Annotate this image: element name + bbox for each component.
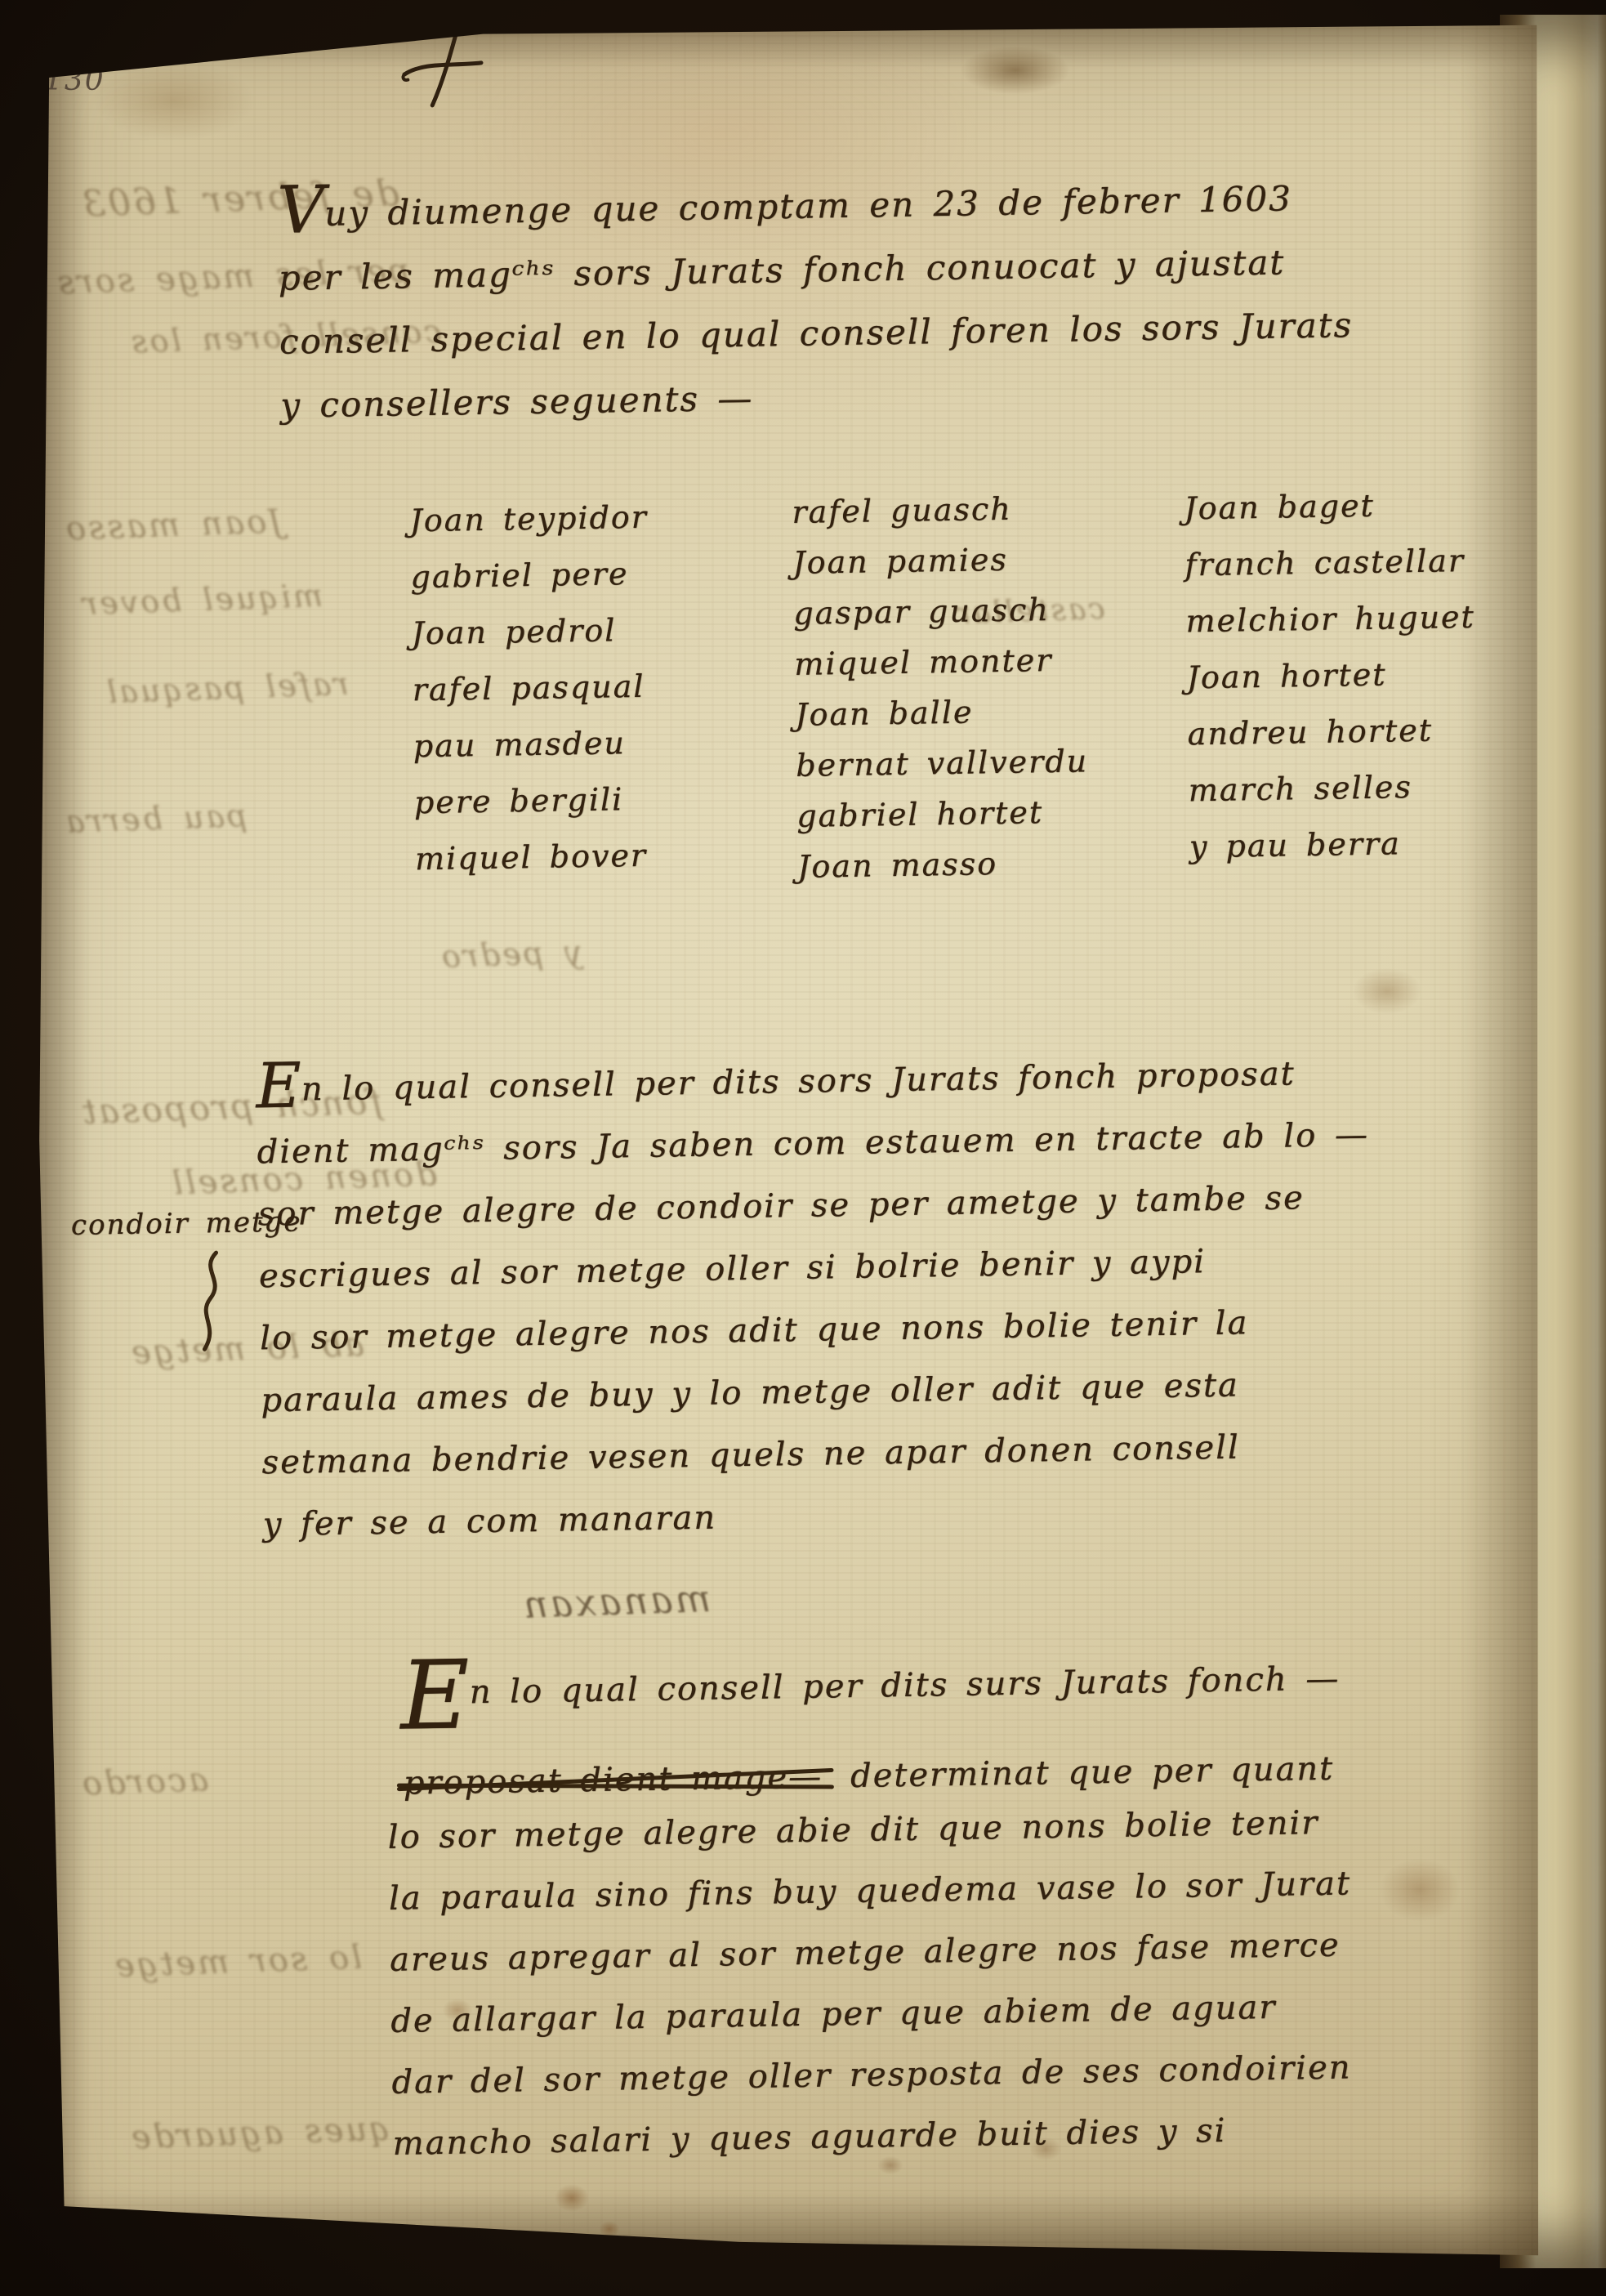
manuscript-page: de febrer 1603 per les mage sors consell… [31,23,1538,2258]
attendee-name: march selles [1188,758,1478,820]
attendee-name: rafel pasqual [412,659,650,719]
photo-background: de febrer 1603 per les mage sors consell… [0,0,1606,2296]
attendee-name: y pau berra [1189,815,1479,876]
attendee-name: Joan hortet [1186,645,1476,707]
attendee-column-3: Joan baget franch castellar melchior hug… [1184,476,1479,876]
attendee-name: Joan pamies [792,533,1086,588]
attendee-name: gabriel pere [410,546,649,606]
text-line-content: n lo qual consell per dits sors Jurats f… [301,1055,1296,1108]
attendee-name: pere bergili [413,771,652,832]
attendee-column-1: Joan teypidor gabriel pere Joan pedrol r… [409,489,654,888]
attendee-name: miquel monter [794,634,1087,690]
text-line-content: uy diumenge que comptam en 23 de febrer … [324,178,1292,234]
initial-capital: V [277,172,325,248]
opening-paragraph: Vuy diumenge que comptam en 23 de febrer… [277,166,1354,438]
attendee-name: gaspar guasch [793,583,1086,639]
resolution-paragraph-body: lo sor metge alegre abie dit que nons bo… [387,1792,1355,2174]
attendee-name: Joan pedrol [411,602,649,663]
attendee-name: andreu hortet [1187,702,1477,763]
attendee-name: Joan teypidor [409,489,648,550]
attendee-name: Joan masso [797,837,1091,892]
text-line-content: determinat que per quant [850,1750,1335,1795]
attendee-name: miquel bover [414,828,653,888]
attendee-name: melchior huguet [1185,589,1475,650]
attendee-name: gabriel hortet [796,786,1090,842]
attendee-name: Joan baget [1184,476,1474,538]
attendee-name: franch castellar [1184,533,1474,594]
initial-capital: E [399,1640,471,1751]
initial-capital: E [256,1048,302,1122]
struck-out-text: proposat dient mage— [403,1758,823,1802]
attendee-name: bernat vallverdu [796,735,1089,791]
resolution-paragraph-line-1: En lo qual consell per dits surs Jurats … [400,1659,1341,1721]
margin-note-flourish [185,1248,235,1355]
text-line-content: n lo qual consell per dits surs Jurats f… [469,1660,1340,1712]
attendee-column-2: rafel guasch Joan pamies gaspar guasch m… [792,482,1091,892]
attendee-name: Joan balle [795,685,1088,740]
attendee-name: pau masdeu [413,715,651,775]
attendee-name: rafel guasch [792,482,1085,538]
proposal-paragraph: En lo qual consell per dits sors Jurats … [256,1042,1376,1556]
page-content: Vuy diumenge que comptam en 23 de febrer… [31,11,1573,2270]
